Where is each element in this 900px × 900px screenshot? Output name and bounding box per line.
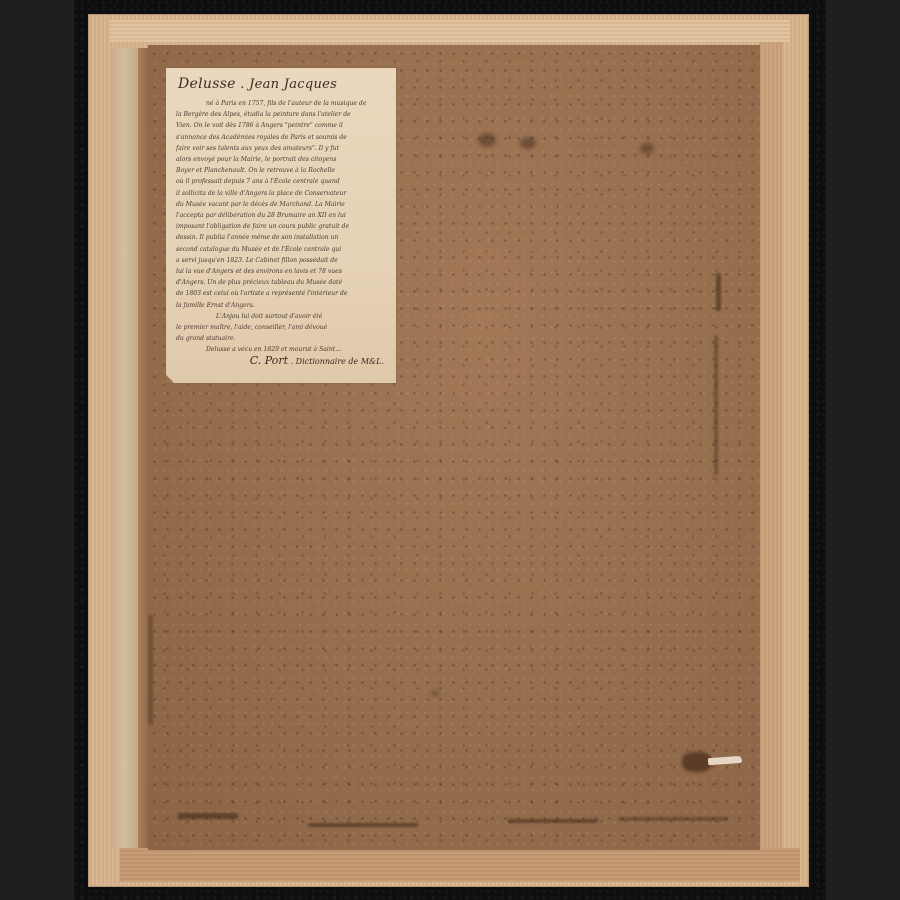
- label-line: dessin. Il publia l'année même de son in…: [176, 232, 388, 243]
- label-line: imposant l'obligation de faire un cours …: [176, 221, 388, 232]
- frame-bottom-strip: [120, 848, 800, 882]
- label-line: lui la vue d'Angers et des environs en l…: [176, 266, 388, 277]
- streak: [716, 273, 721, 311]
- label-line: il sollicita de la ville d'Angers la pla…: [176, 188, 388, 199]
- streak: [508, 819, 598, 823]
- label-line: la famille Ernst d'Angers.: [176, 300, 388, 311]
- label-line: du grand statuaire.: [176, 333, 388, 344]
- signature-name: C. Port: [250, 354, 288, 367]
- label-given-names: Jean Jacques: [249, 77, 337, 92]
- label-surname: Delusse: [178, 76, 236, 92]
- title-separator: .: [240, 77, 249, 92]
- label-line: la Bergère des Alpes, étudia la peinture…: [176, 109, 388, 120]
- label-line: a servi jusqu'en 1823. Le Cabinet fillon…: [176, 255, 388, 266]
- label-line: l'accepta par délibération du 28 Brumair…: [176, 210, 388, 221]
- label-line: Boyer et Planchenault. On le retrouve à …: [176, 165, 388, 176]
- label-line: où il professait depuis 7 ans à l'École …: [176, 176, 388, 187]
- label-line: du Musée vacant par le décès de Marchand…: [176, 199, 388, 210]
- stain: [478, 133, 496, 147]
- label-line: né à Paris en 1757, fils de l'auteur de …: [176, 98, 388, 109]
- label-line: second catalogue du Musée et de l'École …: [176, 244, 388, 255]
- stain: [640, 143, 654, 154]
- stain: [432, 690, 438, 696]
- torn-paper-flake: [708, 756, 742, 765]
- streak: [148, 615, 153, 725]
- torn-paper-patch: [682, 752, 744, 774]
- label-signature: C. Port . Dictionnaire de M&L.: [250, 354, 384, 367]
- label-line: L'Anjou lui doit surtout d'avoir été: [176, 311, 388, 322]
- label-line: alors envoyé pour la Mairie, le portrait…: [176, 154, 388, 165]
- label-torn-corner: [166, 375, 174, 383]
- stain: [520, 137, 536, 149]
- label-line: le premier maître, l'aide, conseiller, l…: [176, 322, 388, 333]
- label-line: de 1803 est celui où l'artiste a représe…: [176, 288, 388, 299]
- streak: [618, 817, 728, 821]
- signature-source: Dictionnaire de M&L.: [296, 357, 384, 366]
- handwritten-label: Delusse . Jean Jacques né à Paris en 175…: [166, 68, 396, 383]
- label-line: faire voir ses talents aux yeux des amat…: [176, 143, 388, 154]
- label-line: s'annonce des Académies royales de Paris…: [176, 132, 388, 143]
- label-body: né à Paris en 1757, fils de l'auteur de …: [176, 98, 388, 356]
- streak: [714, 335, 718, 475]
- label-title: Delusse . Jean Jacques: [178, 76, 337, 92]
- frame-top-strip: [110, 20, 790, 42]
- streak: [308, 823, 418, 827]
- label-line: d'Angers. Un de plus précieux tableau du…: [176, 277, 388, 288]
- right-paper-tape: [758, 42, 782, 852]
- label-line: Vien. On le voit dès 1786 à Angers "pein…: [176, 120, 388, 131]
- streak: [178, 813, 238, 819]
